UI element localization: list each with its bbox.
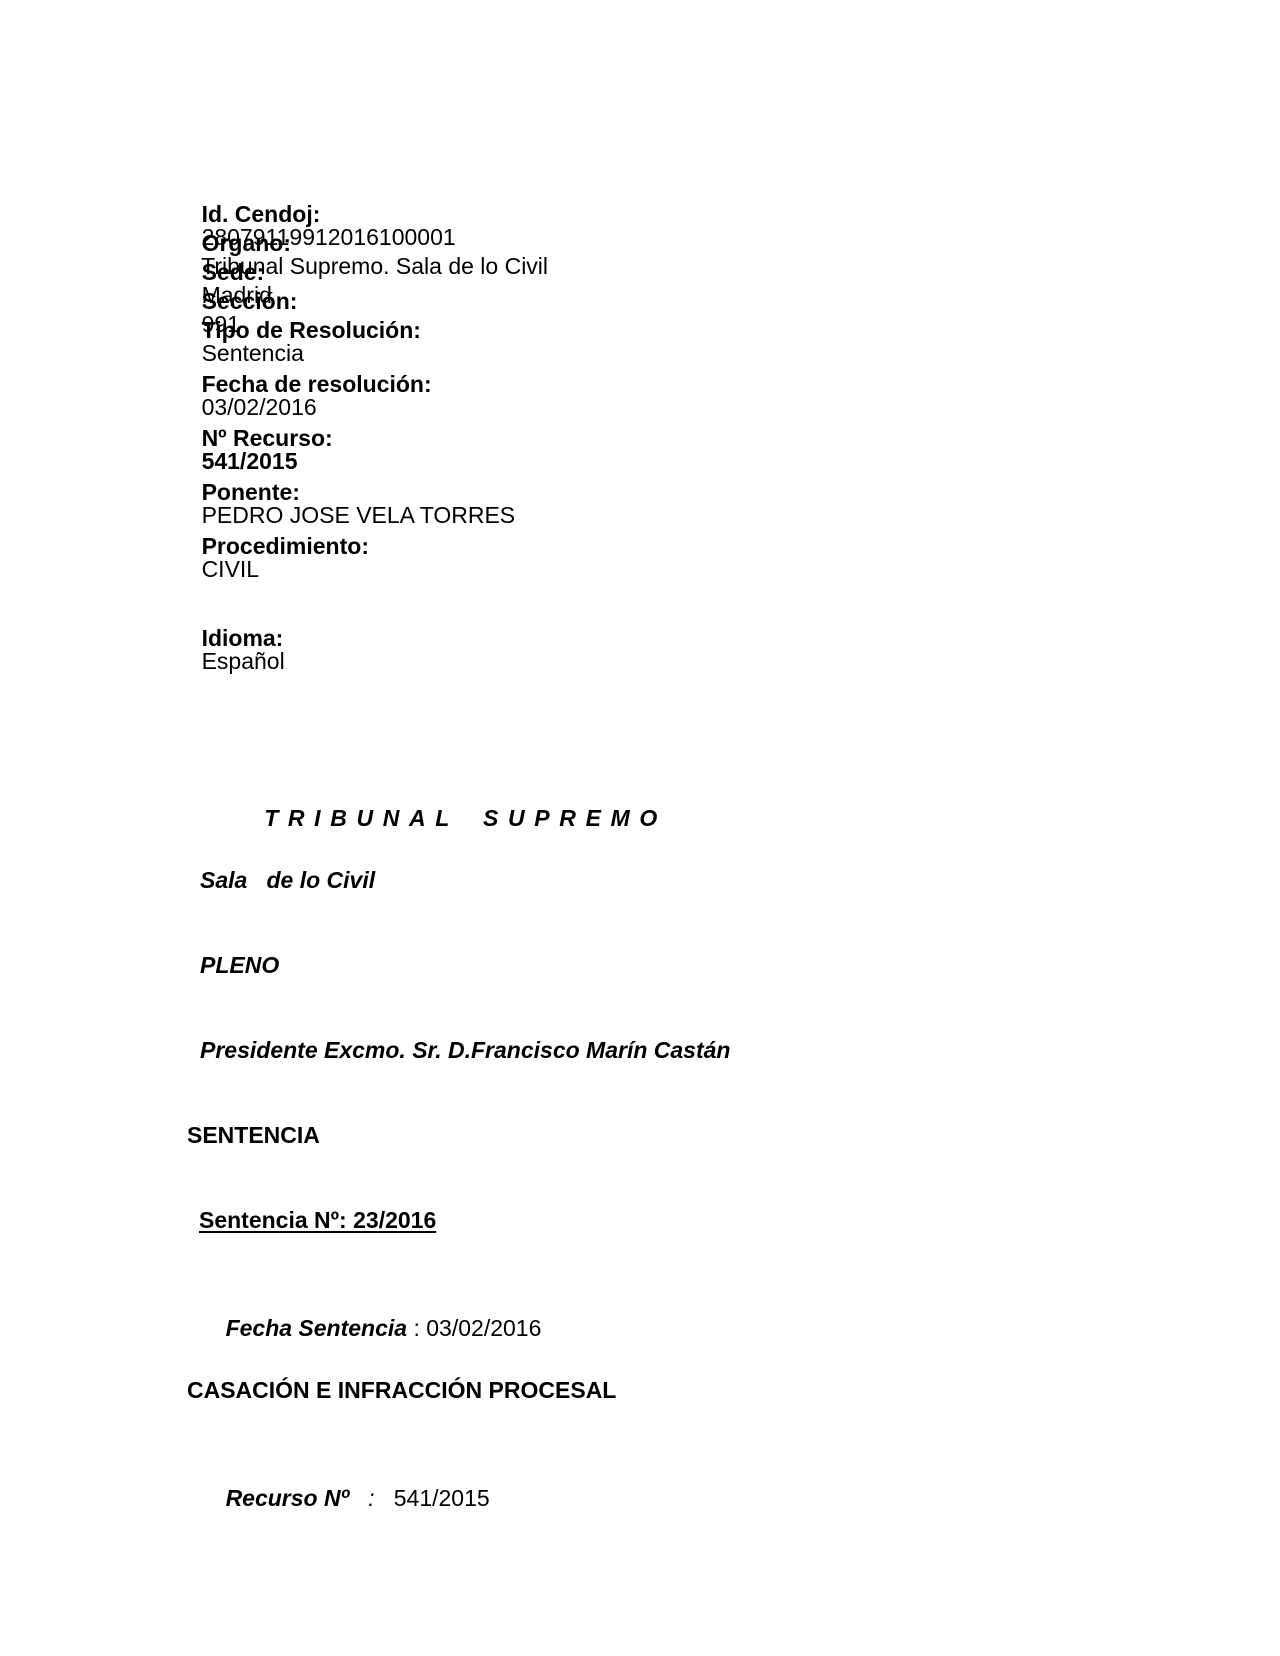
procedimiento-value: CIVIL [202,556,260,582]
court-title: TRIBUNALSUPREMO [200,784,667,853]
pleno-heading: PLENO [200,954,279,977]
recurso-row: Recurso Nº : 541/2015 [200,1464,490,1533]
fecha-sentencia-label: Fecha Sentencia [226,1315,408,1341]
court-title-part1: TRIBUNAL [264,805,459,831]
sentencia-numero: Sentencia Nº: 23/2016 [199,1209,436,1232]
procedimiento-tipo-heading: CASACIÓN E INFRACCIÓN PROCESAL [187,1379,616,1402]
presidente-line: Presidente Excmo. Sr. D.Francisco Marín … [200,1039,730,1062]
court-title-part2: SUPREMO [483,805,667,831]
procedimiento-row: Procedimiento: CIVIL [176,512,369,604]
recurso-label: Recurso Nº [226,1485,349,1511]
fecha-sentencia-row: Fecha Sentencia : 03/02/2016 [200,1294,541,1363]
recurso-value: 541/2015 [394,1485,490,1511]
recurso-separator: : [349,1485,394,1511]
idioma-row: Idioma: Español [176,604,285,696]
fecha-sentencia-value: : 03/02/2016 [407,1315,541,1341]
idioma-value: Español [202,648,285,674]
sentencia-heading: SENTENCIA [187,1124,320,1147]
sala-heading: Sala de lo Civil [200,869,375,892]
